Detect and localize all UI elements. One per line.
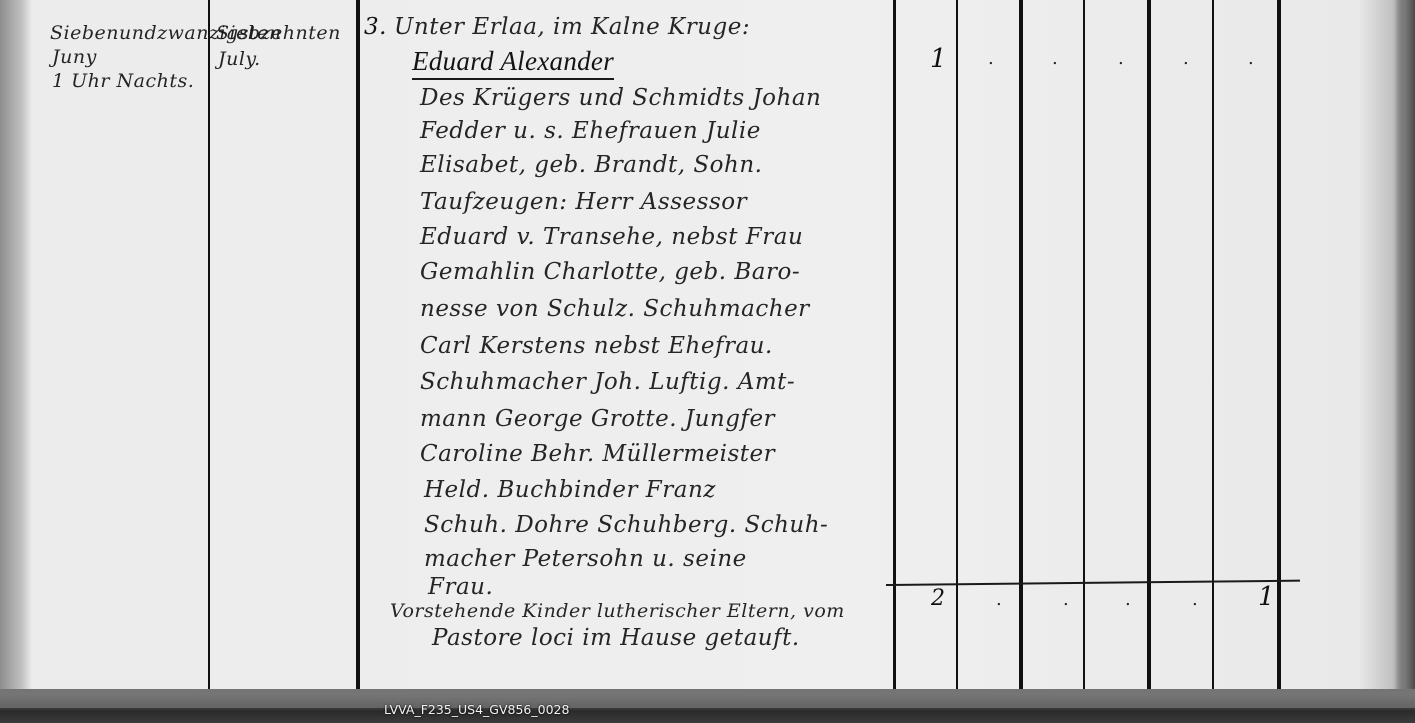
entry-body-line: Fedder u. s. Ehefrauen Julie — [420, 118, 761, 144]
entry-body-line: mann George Grotte. Jungfer — [420, 406, 775, 432]
tally-dot: . — [1248, 48, 1254, 69]
column-rule — [1147, 0, 1151, 700]
column-rule — [356, 0, 360, 706]
tally-dot: . — [1192, 589, 1198, 610]
footnote-line: Vorstehende Kinder lutherischer Eltern, … — [390, 600, 845, 622]
birth-date-line-3: 1 Uhr Nachts. — [52, 70, 194, 92]
column-rule — [208, 0, 210, 706]
tally-mark: 1 — [930, 44, 947, 74]
entry-body-line: Caroline Behr. Müllermeister — [420, 441, 775, 467]
caption-overlay-bar — [0, 689, 1415, 708]
column-rule — [1083, 0, 1085, 700]
entry-body-line: Schuhmacher Joh. Luftig. Amt- — [420, 369, 795, 395]
image-filename-caption: LVVA_F235_US4_GV856_0028 — [384, 702, 569, 717]
entry-body-line: Carl Kerstens nebst Ehefrau. — [420, 333, 773, 359]
entry-body-line: macher Petersohn u. seine — [424, 546, 747, 572]
entry-body-line: Frau. — [428, 574, 493, 600]
entry-body-line: Schuh. Dohre Schuhberg. Schuh- — [424, 512, 828, 538]
column-rule — [1277, 0, 1281, 700]
tally-dot: . — [1118, 48, 1124, 69]
entry-body-line: Des Krügers und Schmidts Johan — [420, 85, 821, 111]
totals-separator-line — [886, 580, 1300, 586]
document-viewer: Siebenundzwanzigsten Juny 1 Uhr Nachts. … — [0, 0, 1415, 723]
footnote-line: Pastore loci im Hause getauft. — [432, 625, 800, 651]
column-rule — [1019, 0, 1023, 700]
entry-number: 3. — [364, 14, 387, 40]
tally-dot: . — [1052, 48, 1058, 69]
entry-place-line: Unter Erlaa, im Kalne Kruge: — [394, 14, 750, 40]
tally-dot: . — [1125, 589, 1131, 610]
register-page-scan: Siebenundzwanzigsten Juny 1 Uhr Nachts. … — [0, 0, 1415, 723]
entry-body-line: Held. Buchbinder Franz — [424, 477, 716, 503]
tally-dot: . — [1183, 48, 1189, 69]
entry-body-line: Gemahlin Charlotte, geb. Baro- — [420, 259, 800, 285]
tally-dot: . — [1063, 589, 1069, 610]
column-rule — [956, 0, 958, 700]
child-name: Eduard Alexander — [412, 46, 614, 80]
page-edge-shadow — [1393, 0, 1415, 700]
page-spine-shadow — [0, 0, 32, 700]
baptism-date-line-2: July. — [218, 48, 261, 70]
tally-total: 2 — [931, 586, 945, 611]
column-rule — [893, 0, 896, 700]
tally-dot: . — [996, 589, 1002, 610]
entry-body-line: Taufzeugen: Herr Assessor — [420, 189, 747, 215]
tally-total: 1 — [1258, 582, 1275, 612]
column-rule — [1212, 0, 1214, 700]
tally-dot: . — [988, 48, 994, 69]
entry-body-line: Eduard v. Transehe, nebst Frau — [420, 224, 803, 250]
baptism-date-line-1: Siebzehnten — [216, 22, 341, 44]
entry-body-line: Elisabet, geb. Brandt, Sohn. — [420, 152, 762, 178]
entry-body-line: nesse von Schulz. Schuhmacher — [420, 296, 810, 322]
birth-date-line-2: Juny — [52, 46, 97, 68]
